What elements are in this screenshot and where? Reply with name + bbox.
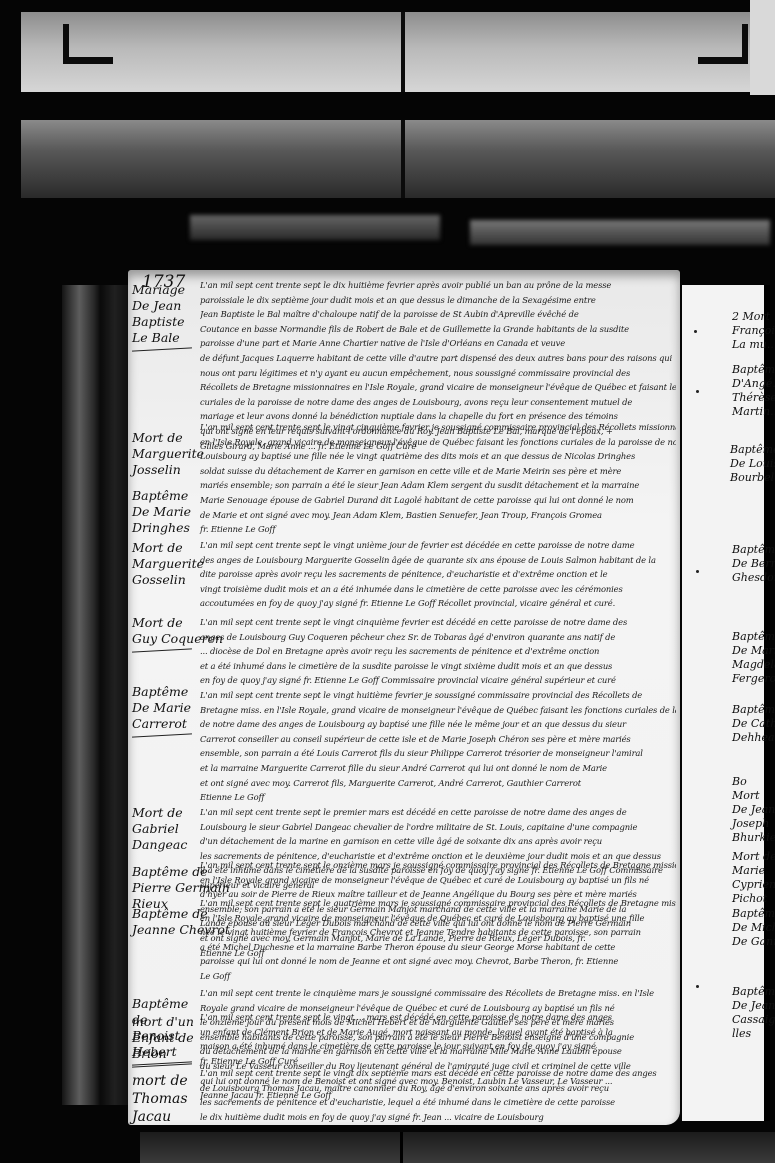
ink-spot — [694, 330, 697, 333]
entry-body: L'an mil sept cent trente sept le vingt … — [200, 1010, 676, 1068]
ink-spot — [696, 985, 699, 988]
frame-center-fold — [400, 1132, 403, 1163]
frame-edge-right — [750, 0, 775, 95]
right-margin-heading: Baptême De Jean Cassaigne lles — [732, 985, 775, 1041]
register-page-right: 2 Mort François La mu... Baptême D'Angé.… — [682, 285, 770, 1121]
frame-clip-left-foot — [63, 57, 113, 64]
ink-spot — [696, 390, 699, 393]
right-margin-heading: Mort de Marie Cyprienne Pichot — [732, 850, 775, 906]
margin-rule — [132, 1063, 192, 1067]
right-margin-heading: Baptême De Louis Bourbel... — [730, 443, 775, 485]
next-frame-strip-bottom — [140, 1132, 775, 1163]
frame-clip-right — [742, 24, 748, 60]
register-page-left-lower-entries: Baptême de Pierre Germain Rieux L'an mil… — [128, 0, 680, 1163]
ink-spot — [696, 570, 699, 573]
right-margin-heading: Baptême De Bernard Ghesdon... — [732, 543, 775, 585]
entry-body: L'an mil sept cent trente sept le onzièm… — [200, 858, 676, 960]
right-margin-heading: 2 Mort François La mu... — [732, 310, 775, 352]
frame-clip-right-foot — [698, 57, 748, 64]
right-margin-heading: Baptême De Catherine Dehheau... — [732, 703, 775, 745]
right-margin-heading: Bo Mort De Jean Joseph Bhurkie... — [732, 775, 775, 845]
book-binding-spine — [62, 285, 132, 1105]
frame-clip-left — [63, 24, 69, 60]
right-margin-heading: Baptême De Michel De Gann... — [732, 907, 775, 949]
right-margin-heading: Baptême De Marie Magdelaine Fergeron — [732, 630, 775, 686]
right-margin-heading: Baptême D'Angé... Thérèse Martin... — [732, 363, 775, 419]
entry-body: L'an mil sept cent trente sept le vingt … — [200, 1066, 676, 1124]
